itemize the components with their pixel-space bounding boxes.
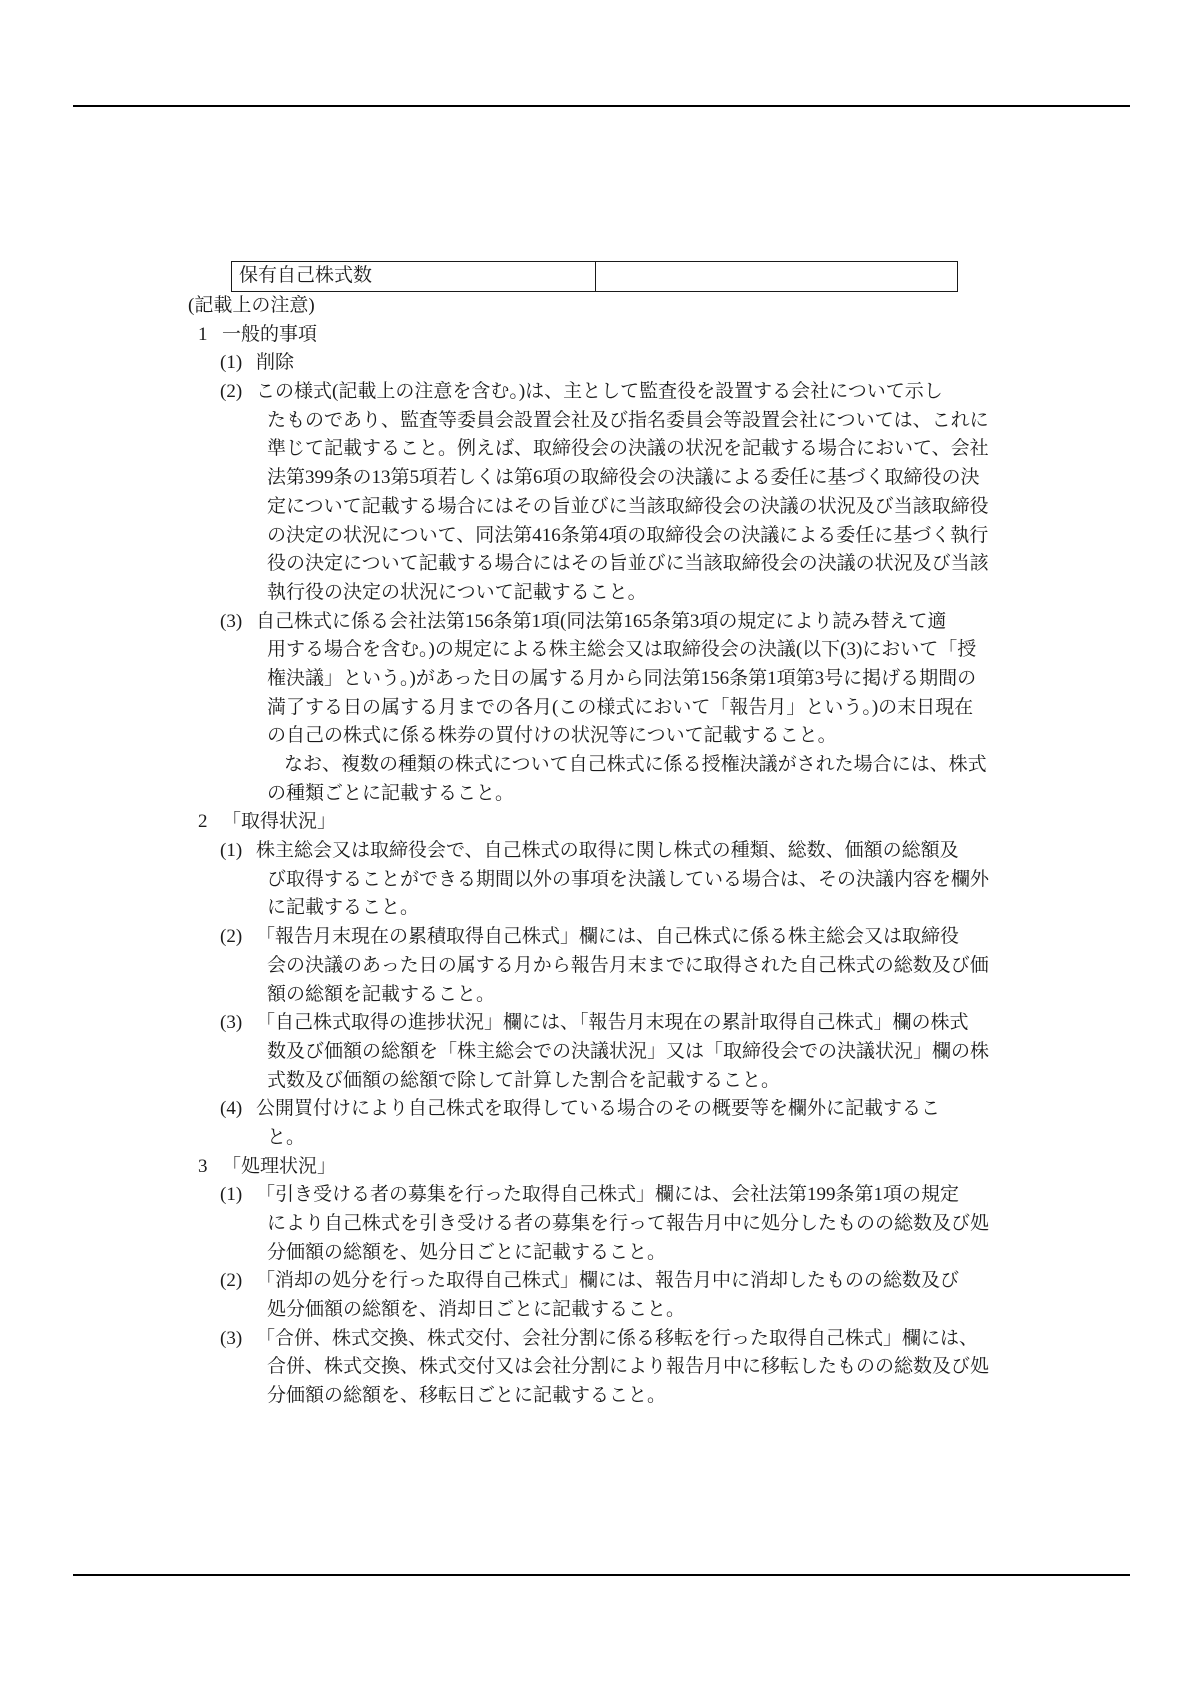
note-item-first-line: (3)「自己株式取得の進捗状況」欄には、「報告月末現在の累計取得自己株式」欄の株… bbox=[0, 1009, 1192, 1038]
note-item-line: 執行役の決定の状況について記載すること。 bbox=[0, 579, 1192, 608]
note-item-line: 合併、株式交換、株式交付又は会社分割により報告月中に移転したものの総数及び処 bbox=[0, 1353, 1192, 1382]
note-item-line: 式数及び価額の総額で除して計算した割合を記載すること。 bbox=[0, 1067, 1192, 1096]
item-marker: (2) bbox=[220, 923, 256, 952]
note-item-first-line: (1)「引き受ける者の募集を行った取得自己株式」欄には、会社法第199条第1項の… bbox=[0, 1181, 1192, 1210]
section-number: 2 bbox=[198, 808, 222, 837]
section-1-heading: 1一般的事項 bbox=[0, 321, 1192, 350]
top-page-rule bbox=[73, 105, 1130, 107]
note-item-line: 法第399条の13第5項若しくは第6項の取締役会の決議による委任に基づく取締役の… bbox=[0, 464, 1192, 493]
item-text: 「消却の処分を行った取得自己株式」欄には、報告月中に消却したものの総数及び bbox=[256, 1270, 959, 1291]
note-item-first-line: (2)この様式(記載上の注意を含む。)は、主として監査役を設置する会社について示… bbox=[0, 378, 1192, 407]
item-marker: (3) bbox=[220, 608, 256, 637]
note-item-line: 定について記載する場合にはその旨並びに当該取締役会の決議の状況及び当該取締役 bbox=[0, 493, 1192, 522]
bottom-page-rule bbox=[73, 1574, 1130, 1576]
note-item-line: 準じて記載すること。例えば、取締役会の決議の状況を記載する場合において、会社 bbox=[0, 435, 1192, 464]
note-item-first-line: (1)削除 bbox=[0, 349, 1192, 378]
section-2-heading: 2「取得状況」 bbox=[0, 808, 1192, 837]
note-item-line: 分価額の総額を、移転日ごとに記載すること。 bbox=[0, 1382, 1192, 1411]
note-item-first-line: (2)「消却の処分を行った取得自己株式」欄には、報告月中に消却したものの総数及び bbox=[0, 1267, 1192, 1296]
note-item-line: 額の総額を記載すること。 bbox=[0, 981, 1192, 1010]
note-item-first-line: (3)「合併、株式交換、株式交付、会社分割に係る移転を行った取得自己株式」欄には… bbox=[0, 1325, 1192, 1354]
item-text: 株主総会又は取締役会で、自己株式の取得に関し株式の種類、総数、価額の総額及 bbox=[256, 840, 959, 861]
note-item-line: 会の決議のあった日の属する月から報告月末までに取得された自己株式の総数及び価 bbox=[0, 952, 1192, 981]
section-3-heading: 3「処理状況」 bbox=[0, 1153, 1192, 1182]
note-item-line: に記載すること。 bbox=[0, 894, 1192, 923]
item-text: 「報告月末現在の累積取得自己株式」欄には、自己株式に係る株主総会又は取締役 bbox=[256, 926, 959, 947]
note-item-line: たものであり、監査等委員会設置会社及び指名委員会等設置会社については、これに bbox=[0, 407, 1192, 436]
section-title: 「処理状況」 bbox=[222, 1156, 336, 1177]
note-item-paragraph-line: なお、複数の種類の株式について自己株式に係る授権決議がされた場合には、株式 bbox=[0, 751, 1192, 780]
section-title: 一般的事項 bbox=[222, 324, 317, 345]
item-marker: (3) bbox=[220, 1009, 256, 1038]
note-item-line: と。 bbox=[0, 1124, 1192, 1153]
notes-title: (記載上の注意) bbox=[0, 292, 1192, 321]
note-item-first-line: (2)「報告月末現在の累積取得自己株式」欄には、自己株式に係る株主総会又は取締役 bbox=[0, 923, 1192, 952]
note-item-line: により自己株式を引き受ける者の募集を行って報告月中に処分したものの総数及び処 bbox=[0, 1210, 1192, 1239]
item-marker: (2) bbox=[220, 378, 256, 407]
note-item-line: の決定の状況について、同法第416条第4項の取締役会の決議による委任に基づく執行 bbox=[0, 522, 1192, 551]
treasury-shares-value-cell bbox=[596, 262, 957, 291]
item-text: 公開買付けにより自己株式を取得している場合のその概要等を欄外に記載するこ bbox=[256, 1098, 940, 1119]
note-item-line: び取得することができる期間以外の事項を決議している場合は、その決議内容を欄外 bbox=[0, 866, 1192, 895]
note-item-line: 数及び価額の総額を「株主総会での決議状況」又は「取締役会での決議状況」欄の株 bbox=[0, 1038, 1192, 1067]
treasury-shares-table: 保有自己株式数 bbox=[231, 261, 958, 292]
note-item-line: 満了する日の属する月までの各月(この様式において「報告月」という。)の末日現在 bbox=[0, 694, 1192, 723]
notes-area: (記載上の注意) 1一般的事項(1)削除(2)この様式(記載上の注意を含む。)は… bbox=[0, 292, 1192, 1411]
note-item-first-line: (3)自己株式に係る会社法第156条第1項(同法第165条第3項の規定により読み… bbox=[0, 608, 1192, 637]
item-text: この様式(記載上の注意を含む。)は、主として監査役を設置する会社について示し bbox=[256, 381, 943, 402]
item-marker: (1) bbox=[220, 1181, 256, 1210]
item-marker: (1) bbox=[220, 837, 256, 866]
note-item-line: 用する場合を含む。)の規定による株主総会又は取締役会の決議(以下(3)において「… bbox=[0, 636, 1192, 665]
item-marker: (1) bbox=[220, 349, 256, 378]
note-item-line: 分価額の総額を、処分日ごとに記載すること。 bbox=[0, 1239, 1192, 1268]
note-item-line: の自己の株式に係る株券の買付けの状況等について記載すること。 bbox=[0, 722, 1192, 751]
note-item-paragraph-line: の種類ごとに記載すること。 bbox=[0, 780, 1192, 809]
treasury-shares-label-cell: 保有自己株式数 bbox=[232, 262, 596, 291]
note-item-line: 役の決定について記載する場合にはその旨並びに当該取締役会の決議の状況及び当該 bbox=[0, 550, 1192, 579]
section-number: 3 bbox=[198, 1153, 222, 1182]
note-item-first-line: (4)公開買付けにより自己株式を取得している場合のその概要等を欄外に記載するこ bbox=[0, 1095, 1192, 1124]
item-text: 削除 bbox=[256, 352, 294, 373]
item-marker: (3) bbox=[220, 1325, 256, 1354]
item-text: 自己株式に係る会社法第156条第1項(同法第165条第3項の規定により読み替えて… bbox=[256, 611, 946, 632]
section-title: 「取得状況」 bbox=[222, 811, 336, 832]
note-item-line: 権決議」という。)があった日の属する月から同法第156条第1項第3号に掲げる期間… bbox=[0, 665, 1192, 694]
item-marker: (4) bbox=[220, 1095, 256, 1124]
item-marker: (2) bbox=[220, 1267, 256, 1296]
note-item-first-line: (1)株主総会又は取締役会で、自己株式の取得に関し株式の種類、総数、価額の総額及 bbox=[0, 837, 1192, 866]
item-text: 「合併、株式交換、株式交付、会社分割に係る移転を行った取得自己株式」欄には、 bbox=[256, 1328, 978, 1349]
item-text: 「自己株式取得の進捗状況」欄には、「報告月末現在の累計取得自己株式」欄の株式 bbox=[256, 1012, 969, 1033]
item-text: 「引き受ける者の募集を行った取得自己株式」欄には、会社法第199条第1項の規定 bbox=[256, 1184, 959, 1205]
section-number: 1 bbox=[198, 321, 222, 350]
note-item-line: 処分価額の総額を、消却日ごとに記載すること。 bbox=[0, 1296, 1192, 1325]
